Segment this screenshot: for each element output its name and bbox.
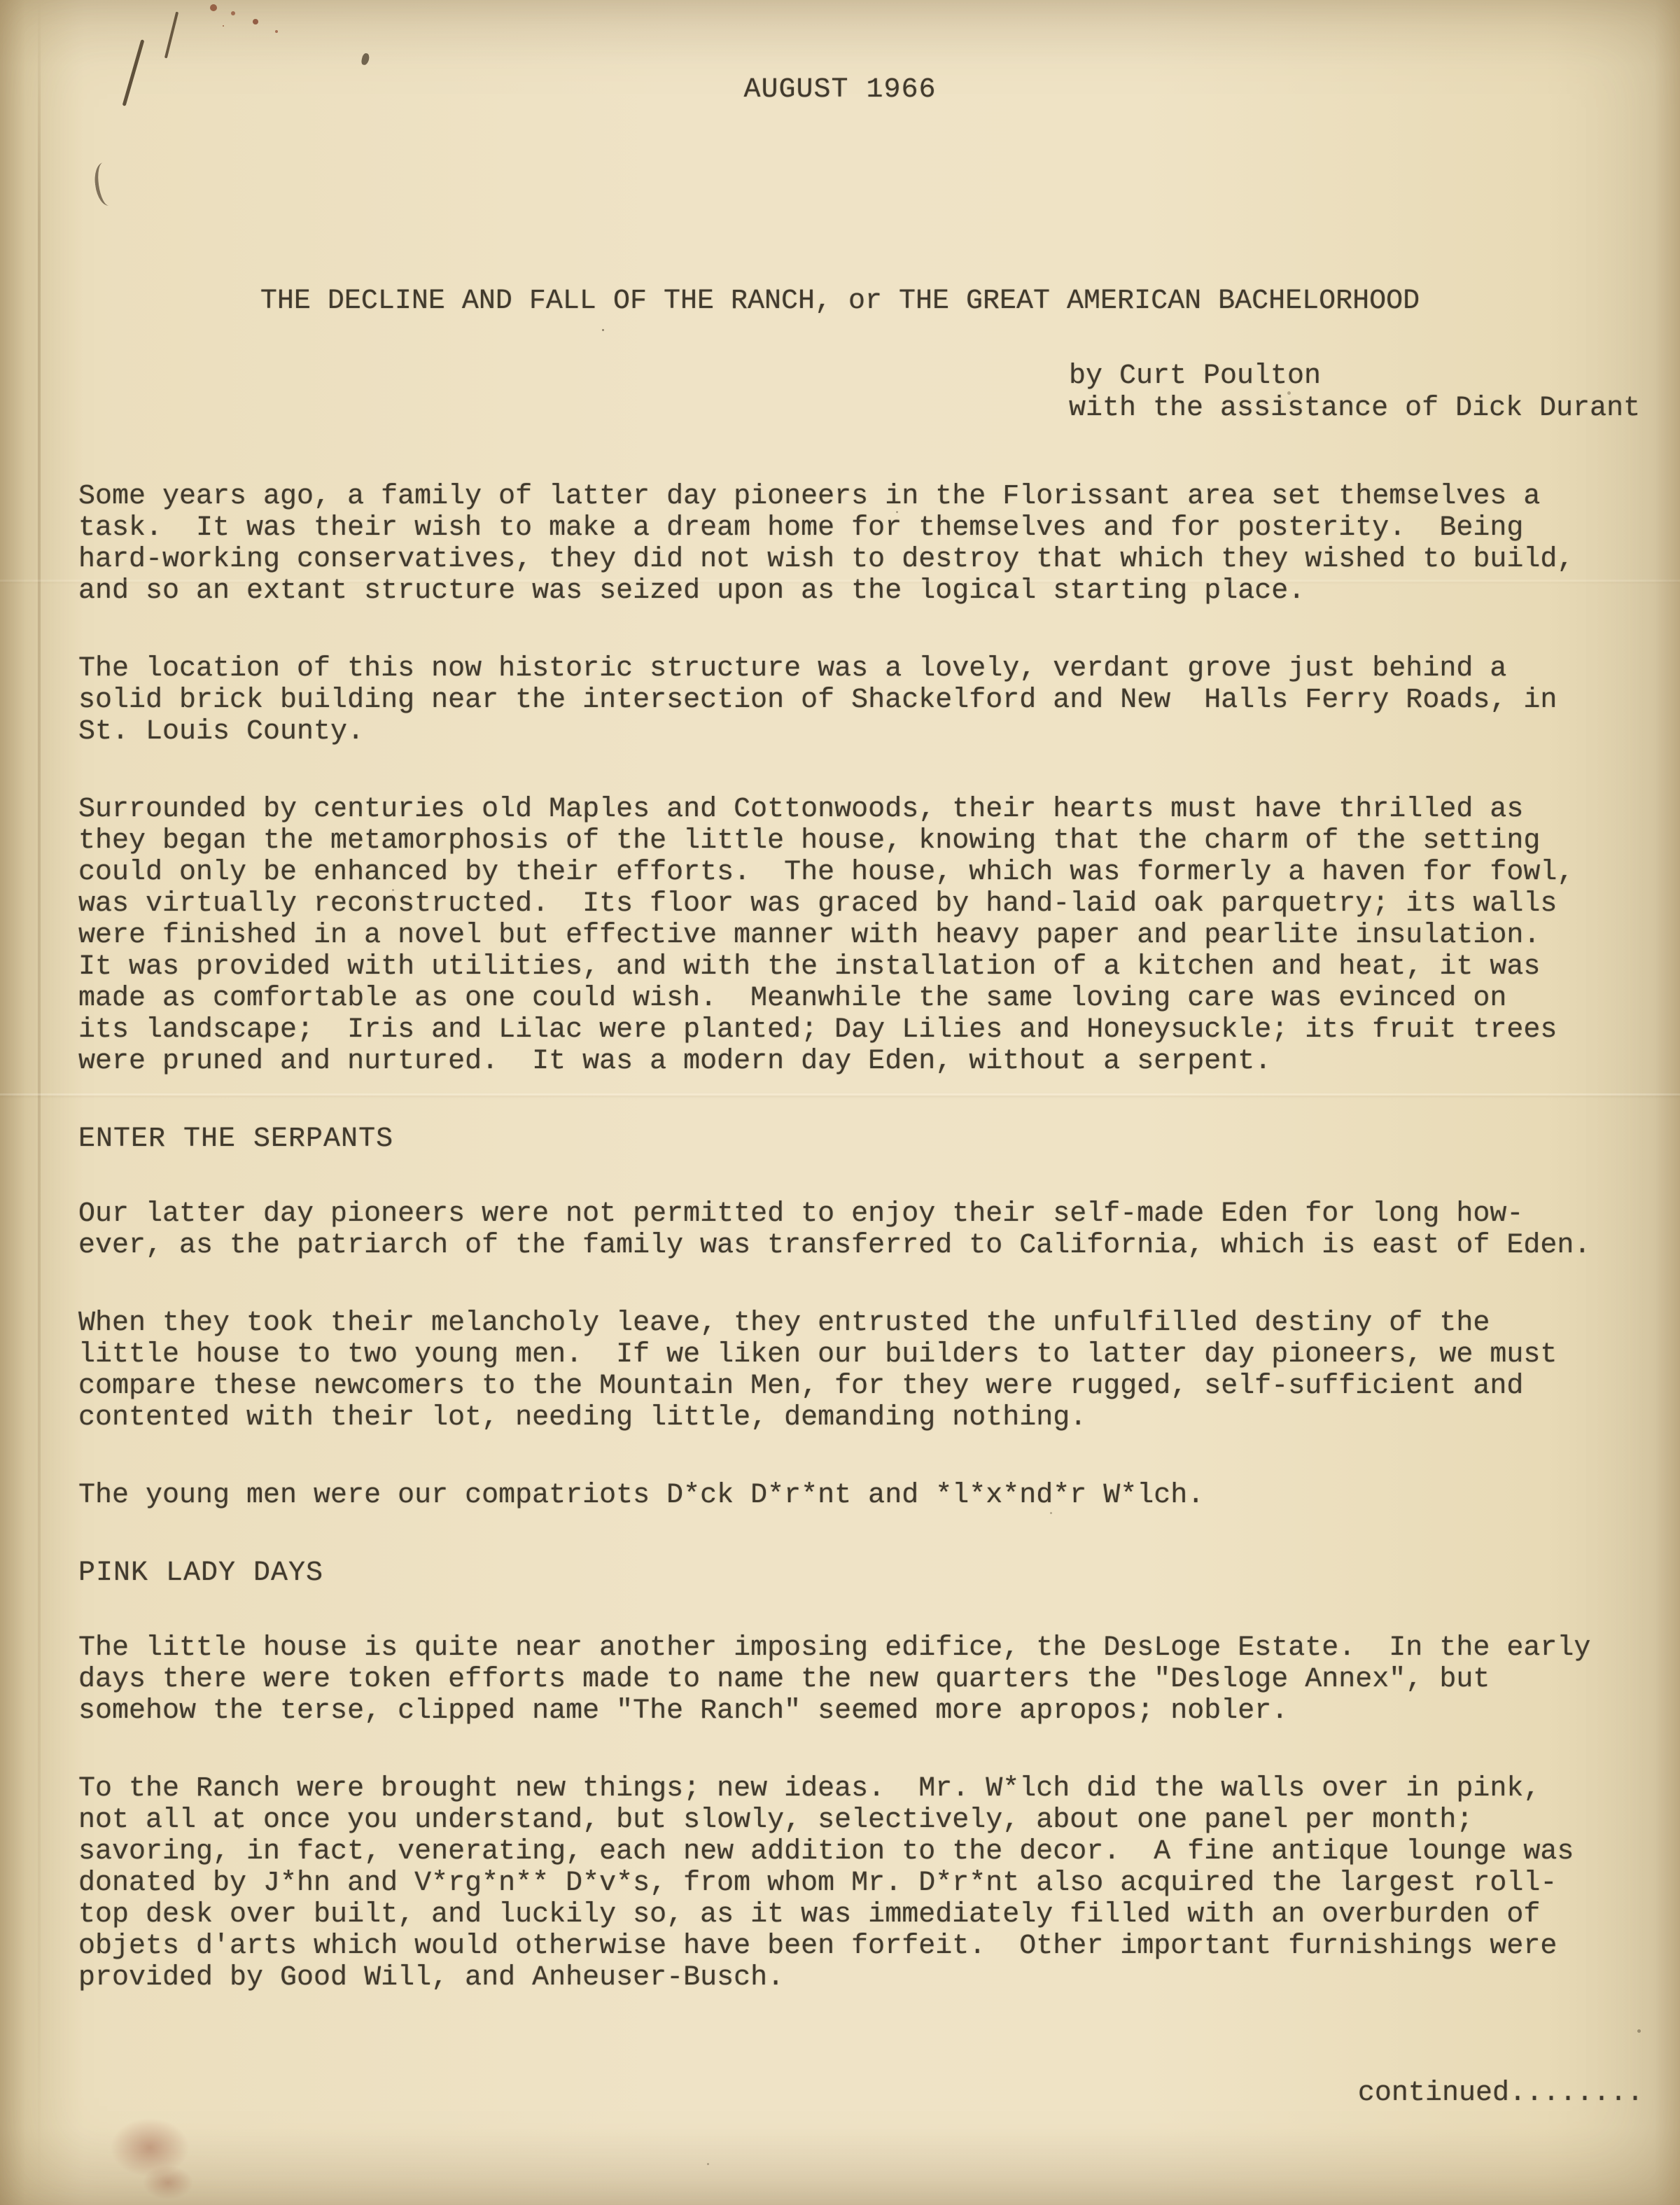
section-heading-pink-lady-days: PINK LADY DAYS [78,1557,1653,1589]
paragraph-pioneers: Some years ago, a family of latter day p… [78,481,1653,607]
byline-assistant: with the assistance of Dick Durant [1069,393,1680,425]
byline-author: by Curt Poulton [1069,360,1680,393]
paragraph-metamorphosis: Surrounded by centuries old Maples and C… [78,794,1653,1077]
paragraph-compatriots: The young men were our compatriots D*ck … [78,1480,1653,1511]
continued-label: continued........ [0,2078,1644,2109]
document-footer: continued........ [0,2078,1680,2109]
document-title: THE DECLINE AND FALL OF THE RANCH, or TH… [0,286,1680,317]
document-body: Some years ago, a family of latter day p… [0,481,1653,1994]
rust-stain [143,2166,193,2199]
document-date: AUGUST 1966 [0,0,1680,106]
paragraph-mountain-men: When they took their melancholy leave, t… [78,1308,1653,1434]
paragraph-the-ranch-name: The little house is quite near another i… [78,1632,1653,1727]
scanned-typewritten-page: AUGUST 1966 THE DECLINE AND FALL OF THE … [0,0,1680,2205]
section-heading-enter-the-serpants: ENTER THE SERPANTS [78,1123,1653,1155]
byline: by Curt Poulton with the assistance of D… [1069,360,1680,425]
paragraph-east-of-eden: Our latter day pioneers were not permitt… [78,1198,1653,1261]
paragraph-location: The location of this now historic struct… [78,653,1653,748]
document-header: AUGUST 1966 THE DECLINE AND FALL OF THE … [0,0,1680,425]
paragraph-new-things: To the Ranch were brought new things; ne… [78,1773,1653,1994]
rust-stain [111,2118,189,2177]
